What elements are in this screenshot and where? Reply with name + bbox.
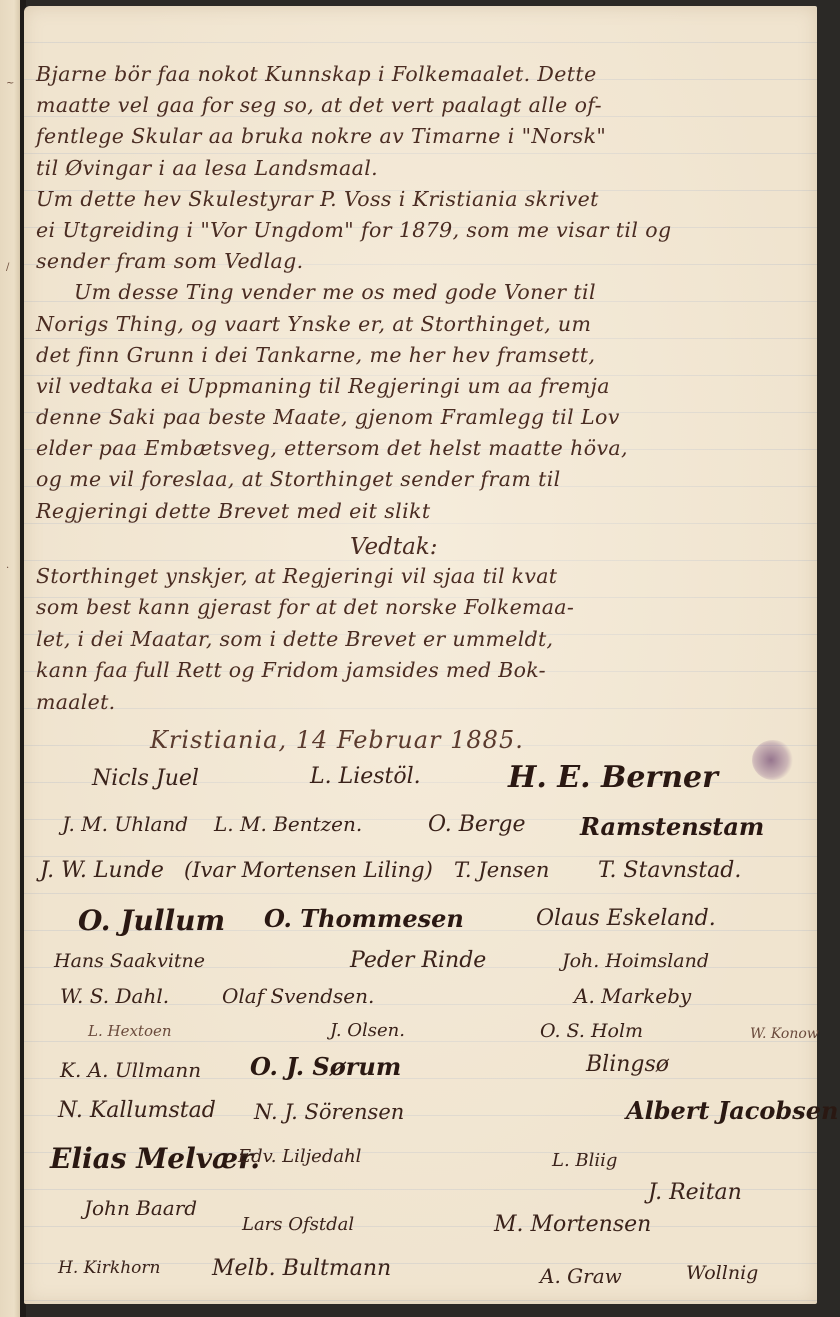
body-line: til Øvingar i aa lesa Landsmaal. — [36, 156, 796, 187]
letter-body: Bjarne bör faa nokot Kunnskap i Folkemaa… — [36, 62, 796, 530]
signature: L. Liestöl. — [310, 764, 421, 789]
signature: A. Graw — [540, 1264, 622, 1288]
margin-mark: ~ — [6, 78, 14, 89]
signature: Olaf Svendsen. — [222, 984, 374, 1008]
margin-mark: . — [6, 560, 9, 571]
body-line: Um desse Ting vender me os med gode Vone… — [36, 280, 796, 311]
resolution-heading: Vedtak: — [350, 534, 437, 560]
signature: Wollnig — [686, 1262, 758, 1284]
signature: John Baard — [84, 1196, 197, 1220]
signature: M. Mortensen — [494, 1212, 651, 1237]
signature: Hans Saakvitne — [54, 950, 205, 972]
signature: Blingsø — [586, 1052, 669, 1077]
signature: Edv. Liljedahl — [238, 1146, 361, 1167]
resolution-text: Storthinget ynskjer, at Regjeringi vil s… — [36, 564, 806, 721]
signature: (Ivar Mortensen Liling) — [184, 858, 433, 882]
body-line: og me vil foreslaa, at Storthinget sende… — [36, 467, 796, 498]
place-and-date: Kristiania, 14 Februar 1885. — [150, 726, 524, 754]
signature: J. Reitan — [648, 1180, 742, 1205]
signature: Albert Jacobsen — [626, 1096, 838, 1125]
signature: A. Markeby — [574, 984, 691, 1008]
signature: K. A. Ullmann — [60, 1058, 201, 1082]
body-line: Norigs Thing, og vaart Ynske er, at Stor… — [36, 312, 796, 343]
body-line: fentlege Skular aa bruka nokre av Timarn… — [36, 124, 796, 155]
signature: O. Berge — [428, 812, 526, 837]
signature: N. Kallumstad — [58, 1098, 216, 1123]
body-line: Um dette hev Skulestyrar P. Voss i Krist… — [36, 187, 796, 218]
signature: Joh. Hoimsland — [562, 950, 709, 972]
ink-blot — [752, 740, 794, 780]
adjacent-page-edge: ~ / . — [0, 0, 20, 1317]
signature: Lars Ofstdal — [242, 1214, 354, 1235]
signature: O. Jullum — [78, 904, 225, 937]
signature: H. Kirkhorn — [58, 1258, 160, 1278]
body-line: Bjarne bör faa nokot Kunnskap i Folkemaa… — [36, 62, 796, 93]
margin-mark: / — [6, 262, 9, 273]
body-line: maatte vel gaa for seg so, at det vert p… — [36, 93, 796, 124]
signature: Peder Rinde — [350, 948, 486, 973]
signature: N. J. Sörensen — [254, 1100, 404, 1124]
body-line: vil vedtaka ei Uppmaning til Regjeringi … — [36, 374, 796, 405]
resolution-line: kann faa full Rett og Fridom jamsides me… — [36, 658, 806, 689]
signature: L. M. Bentzen. — [214, 812, 362, 836]
signature: Elias Melvær. — [50, 1142, 260, 1175]
signature: W. S. Dahl. — [60, 984, 169, 1008]
signature: J. Olsen. — [330, 1020, 405, 1041]
signature: J. M. Uhland — [62, 812, 188, 836]
signature: J. W. Lunde — [40, 858, 164, 883]
signature: L. Hextoen — [88, 1022, 172, 1040]
signature: Ramstenstam — [580, 812, 764, 841]
resolution-line: maalet. — [36, 690, 806, 721]
body-line: ei Utgreiding i "Vor Ungdom" for 1879, s… — [36, 218, 796, 249]
resolution-line: som best kann gjerast for at det norske … — [36, 595, 806, 626]
signature: Olaus Eskeland. — [536, 906, 716, 931]
resolution-line: Storthinget ynskjer, at Regjeringi vil s… — [36, 564, 806, 595]
signature: T. Stavnstad. — [598, 858, 741, 883]
signature: T. Jensen — [454, 858, 549, 882]
body-line: elder paa Embætsveg, ettersom det helst … — [36, 436, 796, 467]
signature: O. J. Sørum — [250, 1052, 401, 1081]
body-line: Regjeringi dette Brevet med eit slikt — [36, 499, 796, 530]
body-line: sender fram som Vedlag. — [36, 249, 796, 280]
signature: L. Bliig — [552, 1150, 617, 1171]
body-line: denne Saki paa beste Maate, gjenom Framl… — [36, 405, 796, 436]
signature: H. E. Berner — [508, 760, 718, 795]
signature: W. Konow — [750, 1026, 819, 1042]
body-line: det finn Grunn i dei Tankarne, me her he… — [36, 343, 796, 374]
signature: Nicls Juel — [92, 766, 199, 791]
signature: O. S. Holm — [540, 1020, 643, 1042]
resolution-line: let, i dei Maatar, som i dette Brevet er… — [36, 627, 806, 658]
signature: Melb. Bultmann — [212, 1256, 391, 1281]
signature: O. Thommesen — [264, 904, 464, 933]
